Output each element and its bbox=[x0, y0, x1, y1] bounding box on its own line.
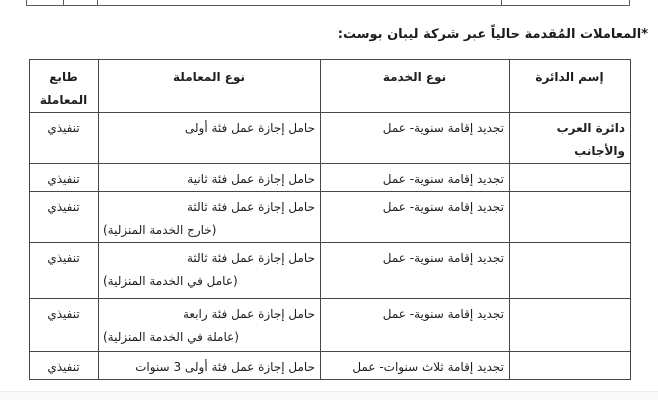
cell-transaction: حامل إجازة عمل فئة ثالثة (خارج الخدمة ال… bbox=[99, 192, 321, 243]
cell-service: تجديد إقامة سنوية- عمل bbox=[321, 243, 510, 299]
cell-department bbox=[510, 299, 631, 352]
section-title: *المعاملات المُقدمة حالياً عبر شركة ليبا… bbox=[338, 27, 648, 42]
header-transaction-stamp-line2: المعاملة bbox=[34, 89, 93, 112]
bottom-strip bbox=[0, 391, 658, 400]
table-row: تجديد إقامة سنوية- عمل حامل إجازة عمل فئ… bbox=[30, 164, 631, 192]
cell-stamp: تنفيذي bbox=[30, 192, 99, 243]
table-row: تجديد إقامة سنوية- عمل حامل إجازة عمل فئ… bbox=[30, 192, 631, 243]
cell-department bbox=[510, 164, 631, 192]
table-header-row: إسم الدائرة نوع الخدمة نوع المعاملة طابع… bbox=[30, 60, 631, 113]
header-service-type: نوع الخدمة bbox=[321, 60, 510, 113]
cell-stamp: تنفيذي bbox=[30, 113, 99, 164]
cell-service: تجديد إقامة سنوية- عمل bbox=[321, 113, 510, 164]
cell-transaction: حامل إجازة عمل فئة رابعة (عاملة في الخدم… bbox=[99, 299, 321, 352]
table-row: دائرة العرب والأجانب تجديد إقامة سنوية- … bbox=[30, 113, 631, 164]
cell-department bbox=[510, 352, 631, 380]
cell-stamp: تنفيذي bbox=[30, 299, 99, 352]
cell-transaction: حامل إجازة عمل فئة ثانية bbox=[99, 164, 321, 192]
table-row: تجديد إقامة سنوية- عمل حامل إجازة عمل فئ… bbox=[30, 299, 631, 352]
header-department-name: إسم الدائرة bbox=[510, 60, 631, 113]
cell-service: تجديد إقامة سنوية- عمل bbox=[321, 192, 510, 243]
transactions-table: إسم الدائرة نوع الخدمة نوع المعاملة طابع… bbox=[29, 59, 631, 380]
cell-department: دائرة العرب والأجانب bbox=[510, 113, 631, 164]
header-transaction-stamp-line1: طابع bbox=[34, 66, 93, 89]
document-page: { "title": "*المعاملات المُقدمة حالياً ع… bbox=[0, 0, 658, 400]
header-transaction-type: نوع المعاملة bbox=[99, 60, 321, 113]
cell-stamp: تنفيذي bbox=[30, 243, 99, 299]
cell-service: تجديد إقامة سنوية- عمل bbox=[321, 299, 510, 352]
cell-department bbox=[510, 192, 631, 243]
cell-stamp: تنفيذي bbox=[30, 352, 99, 380]
cell-transaction: حامل إجازة عمل فئة ثالثة (عامل في الخدمة… bbox=[99, 243, 321, 299]
header-transaction-stamp: طابع المعاملة bbox=[30, 60, 99, 113]
cell-stamp: تنفيذي bbox=[30, 164, 99, 192]
cell-service: تجديد إقامة ثلاث سنوات- عمل bbox=[321, 352, 510, 380]
previous-table-bottom-edge bbox=[26, 0, 630, 6]
cell-service: تجديد إقامة سنوية- عمل bbox=[321, 164, 510, 192]
table-fragment-hline bbox=[26, 5, 630, 6]
cell-department bbox=[510, 243, 631, 299]
cell-transaction: حامل إجازة عمل فئة أولى 3 سنوات bbox=[99, 352, 321, 380]
table-row: تجديد إقامة سنوية- عمل حامل إجازة عمل فئ… bbox=[30, 243, 631, 299]
cell-transaction: حامل إجازة عمل فئة أولى bbox=[99, 113, 321, 164]
table-row: تجديد إقامة ثلاث سنوات- عمل حامل إجازة ع… bbox=[30, 352, 631, 380]
